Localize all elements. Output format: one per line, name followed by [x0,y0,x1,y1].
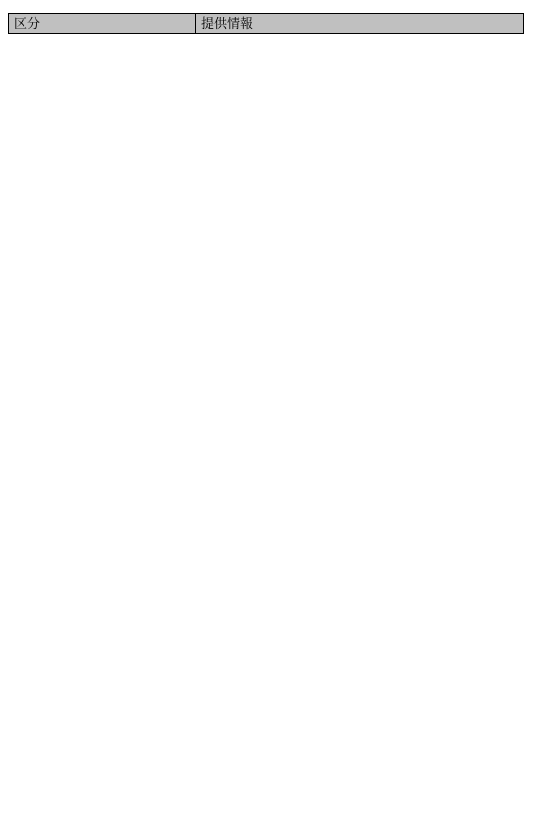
column-header-provided-info: 提供情報 [196,14,524,34]
header-row: 区分 提供情報 [9,14,524,34]
table-header: 区分 提供情報 [8,13,524,34]
page: 区分 提供情報 [0,0,534,817]
column-header-category: 区分 [9,14,196,34]
